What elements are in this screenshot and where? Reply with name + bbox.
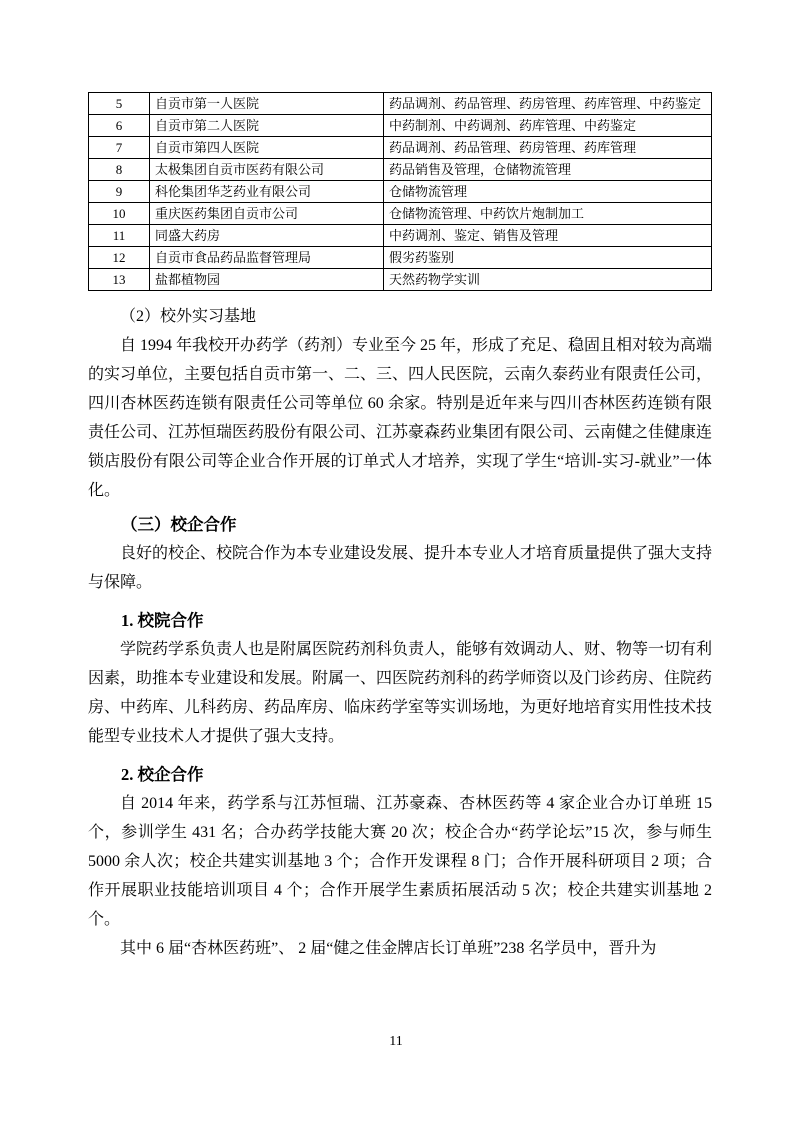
table-cell-index: 7 [89, 137, 150, 159]
table-cell-unit: 重庆医药集团自贡市公司 [150, 203, 384, 225]
heading-school-enterprise-cooperation: （三）校企合作 [88, 510, 712, 539]
table-cell-unit: 盐都植物园 [150, 269, 384, 291]
table-row: 10 重庆医药集团自贡市公司 仓储物流管理、中药饮片炮制加工 [89, 203, 712, 225]
paragraph-school-college-cooperation: 学院药学系负责人也是附属医院药剂科负责人，能够有效调动人、财、物等一切有利因素，… [88, 635, 712, 751]
table-cell-unit: 自贡市第一人医院 [150, 93, 384, 115]
table-cell-content: 仓储物流管理 [384, 181, 712, 203]
table-cell-index: 12 [89, 247, 150, 269]
table-cell-content: 假劣药鉴别 [384, 247, 712, 269]
table-row: 6 自贡市第二人医院 中药制剂、中药调剂、药库管理、中药鉴定 [89, 115, 712, 137]
table-cell-content: 药品销售及管理，仓储物流管理 [384, 159, 712, 181]
table-row: 7 自贡市第四人医院 药品调剂、药品管理、药房管理、药库管理 [89, 137, 712, 159]
table-cell-content: 药品调剂、药品管理、药房管理、药库管理、中药鉴定 [384, 93, 712, 115]
table-cell-index: 6 [89, 115, 150, 137]
table-cell-content: 仓储物流管理、中药饮片炮制加工 [384, 203, 712, 225]
paragraph-cooperation-support: 良好的校企、校院合作为本专业建设发展、提升本专业人才培育质量提供了强大支持与保障… [88, 539, 712, 597]
table-cell-content: 中药制剂、中药调剂、药库管理、中药鉴定 [384, 115, 712, 137]
table-cell-index: 8 [89, 159, 150, 181]
table-cell-unit: 自贡市第四人医院 [150, 137, 384, 159]
table-cell-index: 11 [89, 225, 150, 247]
table-cell-unit: 科伦集团华芝药业有限公司 [150, 181, 384, 203]
table-row: 5 自贡市第一人医院 药品调剂、药品管理、药房管理、药库管理、中药鉴定 [89, 93, 712, 115]
page-content: 5 自贡市第一人医院 药品调剂、药品管理、药房管理、药库管理、中药鉴定 6 自贡… [0, 0, 792, 963]
table-cell-index: 10 [89, 203, 150, 225]
table-cell-index: 5 [89, 93, 150, 115]
table-cell-index: 9 [89, 181, 150, 203]
table-cell-index: 13 [89, 269, 150, 291]
table-row: 8 太极集团自贡市医药有限公司 药品销售及管理，仓储物流管理 [89, 159, 712, 181]
table-row: 9 科伦集团华芝药业有限公司 仓储物流管理 [89, 181, 712, 203]
table-cell-unit: 太极集团自贡市医药有限公司 [150, 159, 384, 181]
table-row: 12 自贡市食品药品监督管理局 假劣药鉴别 [89, 247, 712, 269]
paragraph-order-class: 其中 6 届“杏林医药班”、 2 届“健之佳金牌店长订单班”238 名学员中，晋… [88, 934, 712, 963]
table-cell-unit: 同盛大药房 [150, 225, 384, 247]
table-cell-unit: 自贡市第二人医院 [150, 115, 384, 137]
heading-school-college-cooperation: 1. 校院合作 [88, 606, 712, 635]
table-row: 13 盐都植物园 天然药物学实训 [89, 269, 712, 291]
table-cell-content: 药品调剂、药品管理、药房管理、药库管理 [384, 137, 712, 159]
table-cell-content: 中药调剂、鉴定、销售及管理 [384, 225, 712, 247]
page-number: 11 [0, 1033, 792, 1051]
table-cell-content: 天然药物学实训 [384, 269, 712, 291]
paragraph-enterprise-cooperation: 自 2014 年来，药学系与江苏恒瑞、江苏豪森、杏林医药等 4 家企业合办订单班… [88, 789, 712, 934]
table-row: 11 同盛大药房 中药调剂、鉴定、销售及管理 [89, 225, 712, 247]
heading-off-campus-practice-base: （2）校外实习基地 [88, 302, 712, 331]
paragraph-off-campus-practice-base: 自 1994 年我校开办药学（药剂）专业至今 25 年，形成了充足、稳固且相对较… [88, 331, 712, 505]
heading-enterprise-cooperation: 2. 校企合作 [88, 760, 712, 789]
document-page: { "table": { "rows": [ { "no": "5", "uni… [0, 0, 792, 1121]
practice-base-table: 5 自贡市第一人医院 药品调剂、药品管理、药房管理、药库管理、中药鉴定 6 自贡… [88, 92, 712, 291]
table-cell-unit: 自贡市食品药品监督管理局 [150, 247, 384, 269]
